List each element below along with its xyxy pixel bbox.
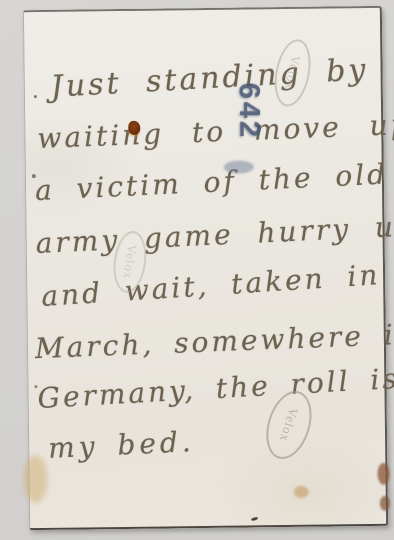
stain-bottom [294, 486, 309, 498]
stain-right-edge-lower [380, 496, 390, 511]
velox-watermark-label: Velox [281, 54, 304, 92]
handwriting-line-6: March, somewhere in [34, 317, 394, 365]
speck-left-lower [34, 385, 37, 388]
stain-right-edge-upper [377, 463, 389, 485]
handwriting-line-1: Just standing by [50, 52, 369, 105]
speck-left-middle [32, 174, 36, 178]
ink-blot-red-brown [128, 121, 140, 135]
speck-bottom [251, 517, 259, 522]
velox-watermark-label: Velox [276, 406, 302, 445]
handwriting-line-5: and wait, taken in [40, 258, 381, 313]
handwriting-line-8: my bed. [47, 425, 195, 465]
scan-background: Just standing by waiting to move up a vi… [0, 0, 394, 540]
handwriting-line-4: army game hurry up [35, 209, 394, 260]
stain-left-edge [23, 455, 48, 503]
postcard-back: Just standing by waiting to move up a vi… [23, 6, 388, 530]
handwriting-line-3: a victim of the old [34, 157, 388, 207]
handwriting-line-7: Germany, the roll is [37, 362, 394, 415]
velox-watermark-label: Velox [120, 243, 140, 280]
speck-left-upper [34, 95, 37, 98]
